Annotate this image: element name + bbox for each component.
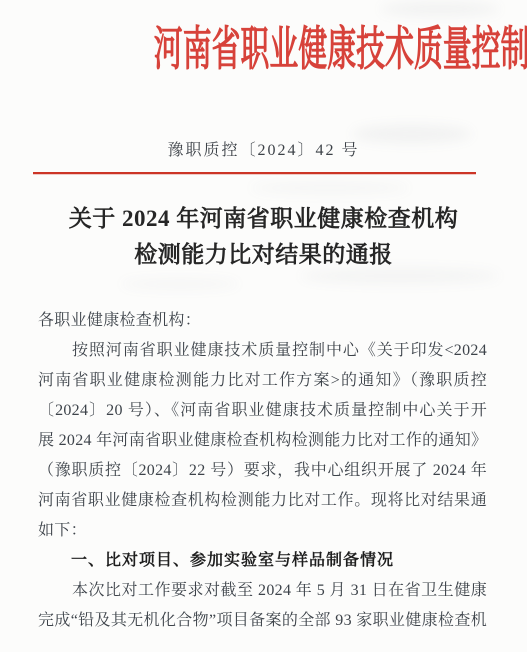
letterhead-org-title: 河南省职业健康技术质量控制中心文件 bbox=[154, 24, 527, 76]
body-line: 按照河南省职业健康技术质量控制中心《关于印发<2024 年 bbox=[38, 336, 487, 366]
document-body: 各职业健康检查机构： 按照河南省职业健康技术质量控制中心《关于印发<2024 年… bbox=[0, 306, 527, 636]
body-line: 河南省职业健康检查机构检测能力比对工作。现将比对结果通报 bbox=[38, 486, 487, 516]
body-line: 如下： bbox=[38, 516, 487, 546]
document-page: 河南省职业健康技术质量控制中心文件 豫职质控〔2024〕42 号 关于 2024… bbox=[0, 0, 527, 652]
letterhead: 河南省职业健康技术质量控制中心文件 bbox=[0, 24, 527, 78]
document-title-line-2: 检测能力比对结果的通报 bbox=[0, 237, 527, 273]
red-divider bbox=[33, 172, 476, 174]
doc-number: 豫职质控〔2024〕42 号 bbox=[0, 140, 527, 161]
document-title: 关于 2024 年河南省职业健康检查机构 检测能力比对结果的通报 bbox=[0, 201, 527, 273]
body-line: 河南省职业健康检测能力比对工作方案>的通知》（豫职质控 bbox=[38, 366, 487, 396]
salutation: 各职业健康检查机构： bbox=[38, 306, 487, 336]
scan-artifact bbox=[120, 278, 240, 290]
scan-artifact bbox=[380, 2, 500, 16]
body-line: 本次比对工作要求对截至 2024 年 5 月 31 日在省卫生健康委 bbox=[38, 576, 487, 606]
section-heading: 一、比对项目、参加实验室与样品制备情况 bbox=[38, 546, 487, 576]
body-line: 〔2024〕20 号）、《河南省职业健康技术质量控制中心关于开 bbox=[38, 396, 487, 426]
body-line: 完成“铅及其无机化合物”项目备案的全部 93 家职业健康检查机 bbox=[38, 606, 487, 636]
body-line: 展 2024 年河南省职业健康检查机构检测能力比对工作的通知》 bbox=[38, 426, 487, 456]
body-line: （豫职质控〔2024〕22 号）要求，我中心组织开展了 2024 年度 bbox=[38, 456, 487, 486]
document-title-line-1: 关于 2024 年河南省职业健康检查机构 bbox=[0, 201, 527, 237]
scan-artifact bbox=[250, 182, 410, 194]
